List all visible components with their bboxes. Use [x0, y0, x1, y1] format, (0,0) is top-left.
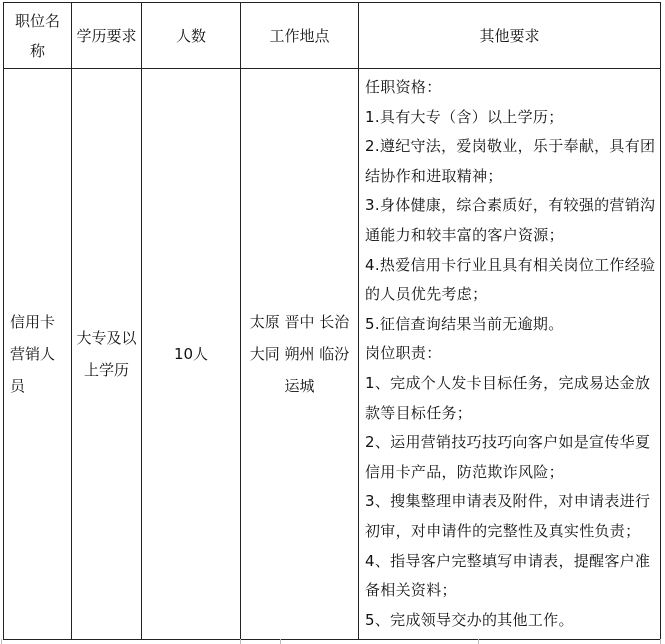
duty-item: 4、指导客户完整填写申请表，提醒客户准备相关资料； [365, 547, 656, 606]
header-education: 学历要求 [72, 3, 142, 69]
page-edge-decoration [0, 639, 665, 644]
cell-education: 大专及以上学历 [72, 69, 142, 640]
edge-mark [1, 639, 2, 644]
cell-count: 10人 [142, 69, 241, 640]
duty-item: 3、搜集整理申请表及附件，对申请表进行初审，对申请件的完整性及真实性负责； [365, 487, 656, 546]
edge-mark [478, 639, 479, 644]
duty-item: 1、完成个人发卡目标任务，完成易达金放款等目标任务； [365, 369, 656, 428]
duty-item: 5、完成领导交办的其他工作。 [365, 606, 656, 636]
job-requirements-table: 职位名称 学历要求 人数 工作地点 其他要求 信用卡营销人员 大专及以上学历 1… [3, 2, 661, 640]
duty-item: 2、运用营销技巧技巧向客户如是宣传华夏信用卡产品，防范欺诈风险； [365, 428, 656, 487]
edge-mark [280, 639, 281, 644]
edge-mark [660, 639, 661, 644]
qualification-item: 1.具有大专（含）以上学历； [365, 103, 656, 133]
qualification-item: 3.身体健康，综合素质好，有较强的营销沟通能力和较丰富的客户资源； [365, 191, 656, 250]
cell-position: 信用卡营销人员 [4, 69, 72, 640]
qualification-item: 4.热爱信用卡行业且具有相关岗位工作经验的人员优先考虑； [365, 251, 656, 310]
edge-mark [240, 639, 241, 644]
cell-location: 太原 晋中 长治 大同 朔州 临汾 运城 [241, 69, 359, 640]
table-header-row: 职位名称 学历要求 人数 工作地点 其他要求 [4, 3, 661, 69]
header-position: 职位名称 [4, 3, 72, 69]
qualification-item: 5.征信查询结果当前无逾期。 [365, 310, 656, 340]
qualification-item: 2.遵纪守法，爱岗敬业，乐于奉献，具有团结协作和进取精神； [365, 132, 656, 191]
header-count: 人数 [142, 3, 241, 69]
duties-title: 岗位职责： [365, 339, 656, 369]
header-other-requirements: 其他要求 [359, 3, 661, 69]
cell-other-requirements: 任职资格： 1.具有大专（含）以上学历； 2.遵纪守法，爱岗敬业，乐于奉献，具有… [359, 69, 661, 640]
qualifications-title: 任职资格： [365, 73, 656, 103]
header-location: 工作地点 [241, 3, 359, 69]
table-row: 信用卡营销人员 大专及以上学历 10人 太原 晋中 长治 大同 朔州 临汾 运城… [4, 69, 661, 640]
